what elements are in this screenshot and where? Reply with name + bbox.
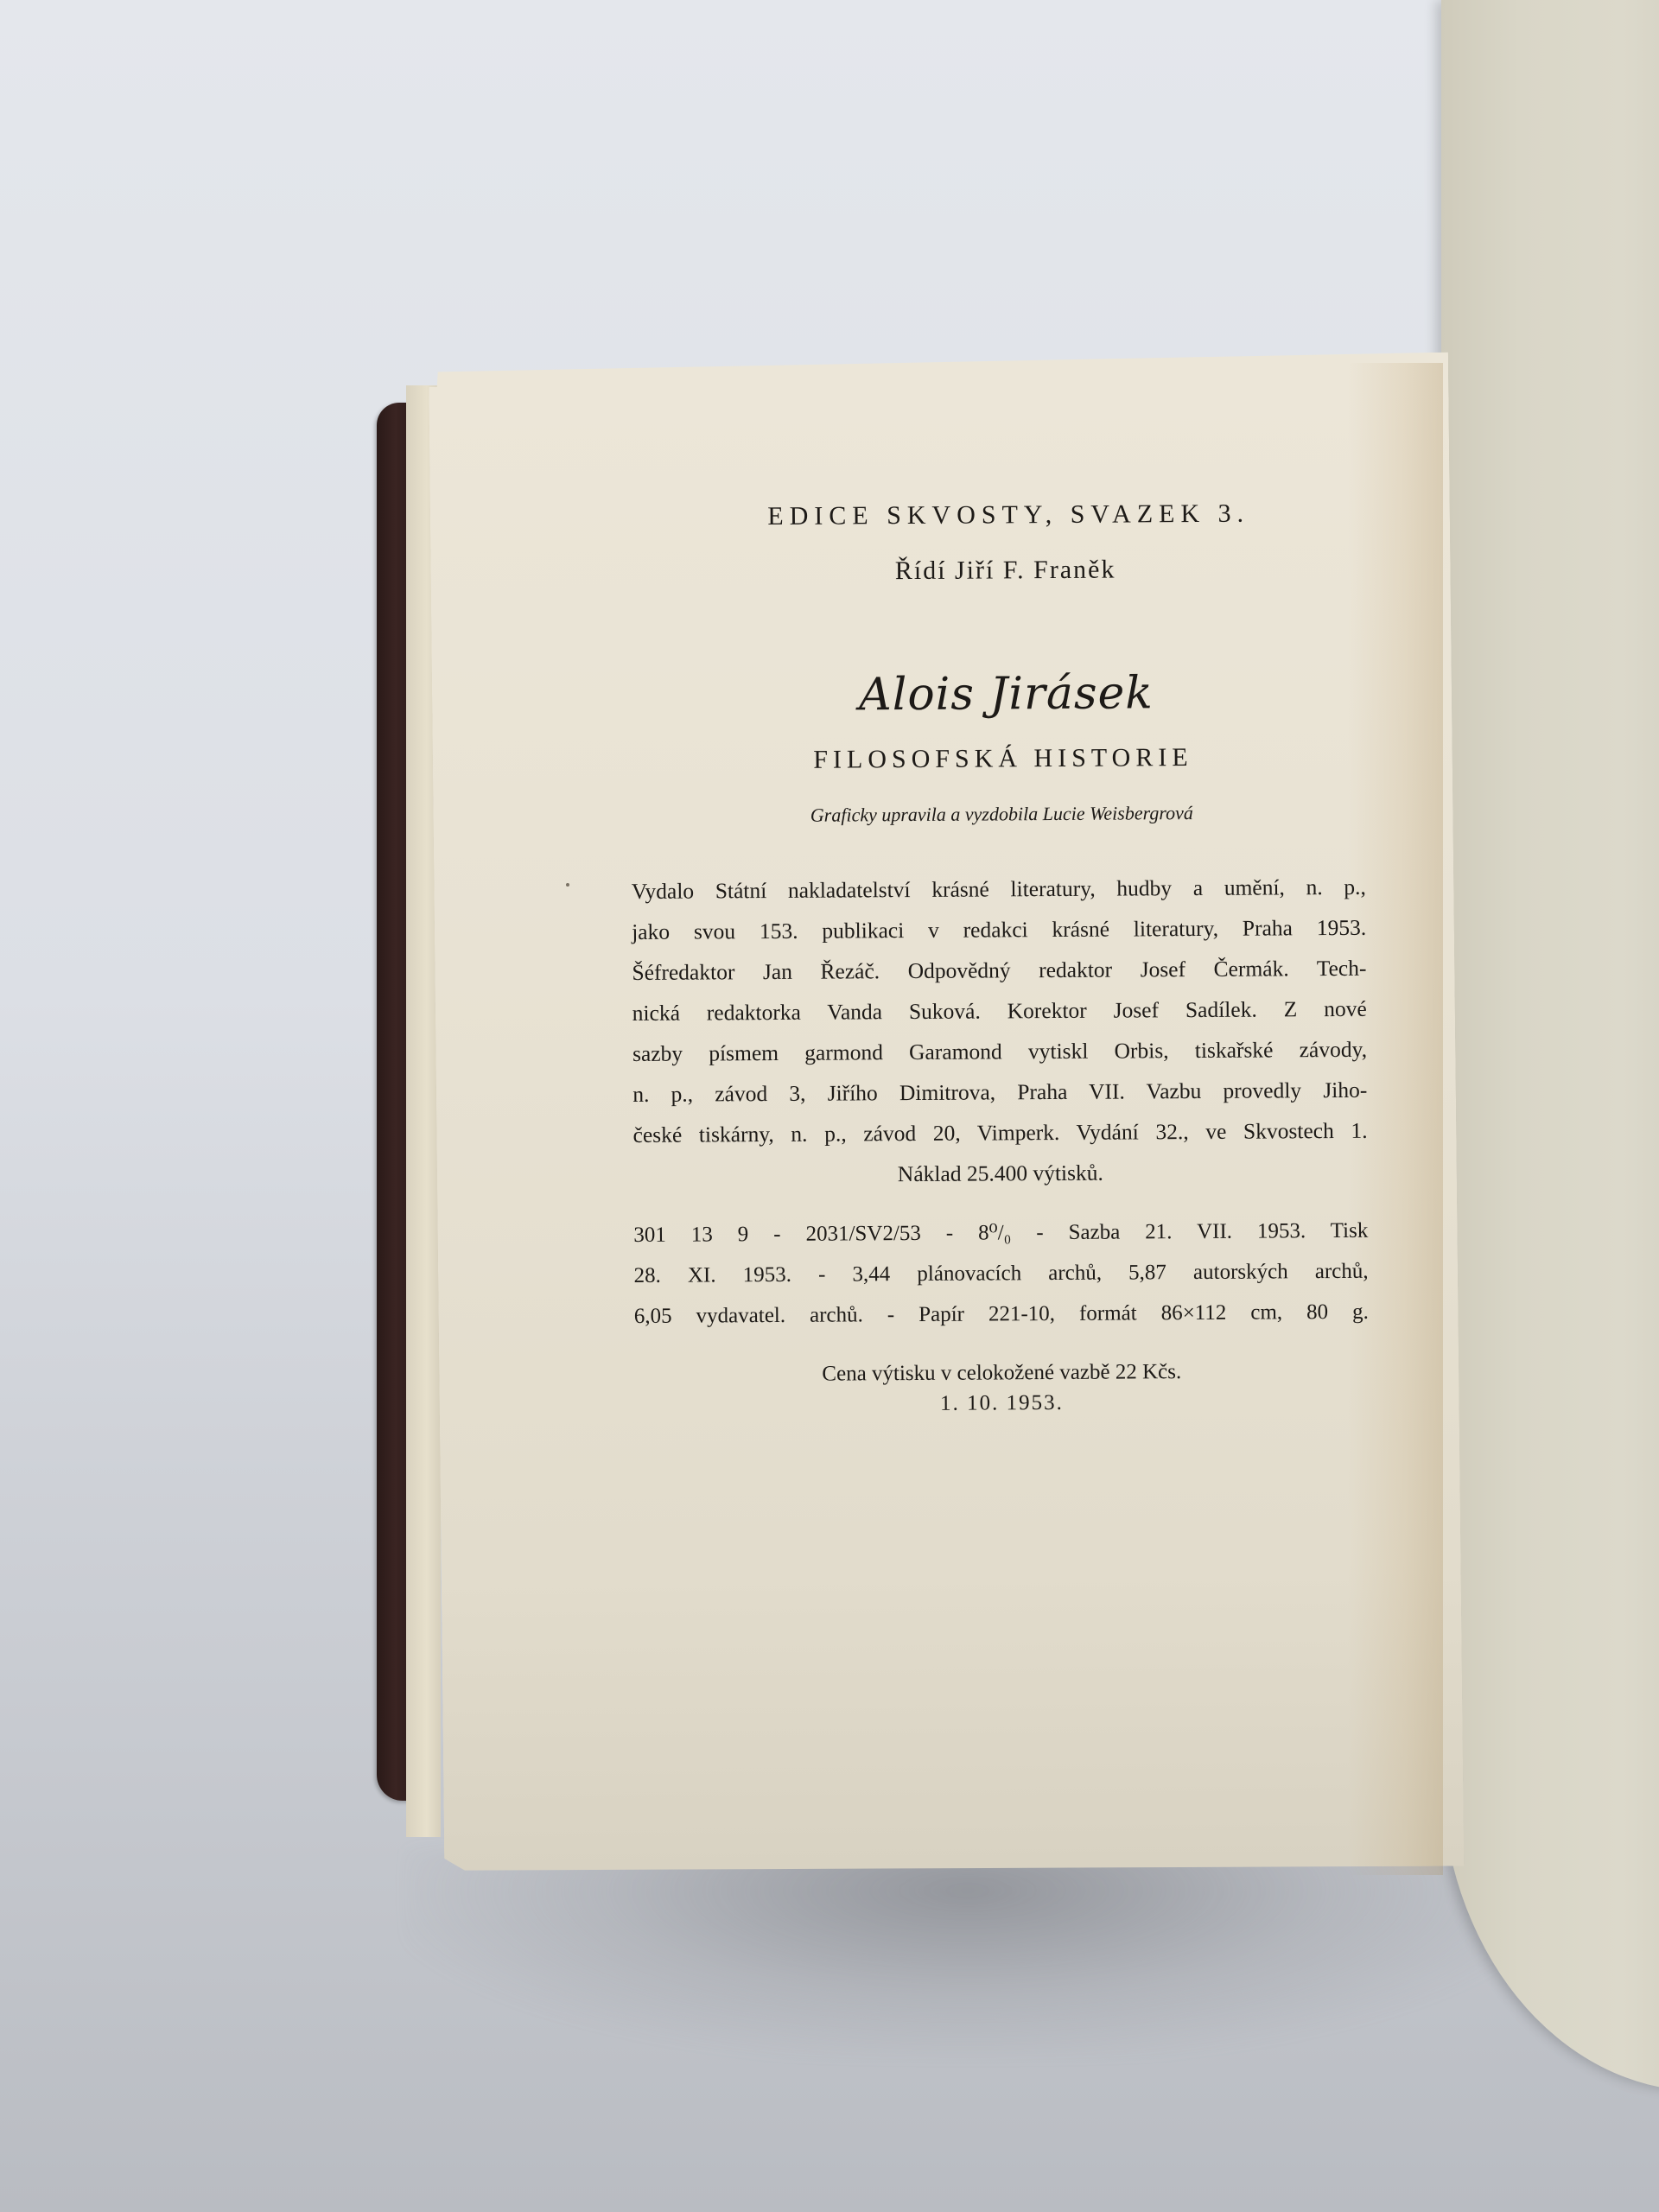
colophon-line: jako svou 153. publikaci v redakci krásn… bbox=[632, 907, 1366, 952]
colophon-text-block: EDICE SKVOSTY, SVAZEK 3. Řídí Jiří F. Fr… bbox=[629, 480, 1370, 1418]
tech-line: 301 13 9 - 2031/SV2/53 - 8⁰/₀ - Sazba 21… bbox=[633, 1211, 1368, 1255]
colophon-line: nická redaktorka Vanda Suková. Korektor … bbox=[632, 988, 1367, 1033]
publisher-colophon: Vydalo Státní nakladatelství krásné lite… bbox=[632, 867, 1368, 1196]
tech-line: 6,05 vydavatel. archů. - Papír 221-10, f… bbox=[634, 1292, 1369, 1337]
design-credit: Graficky upravila a vyzdobila Lucie Weis… bbox=[638, 801, 1365, 828]
price-line: Cena výtisku v celokožené vazbě 22 Kčs. bbox=[634, 1353, 1369, 1394]
series-title: EDICE SKVOSTY, SVAZEK 3. bbox=[653, 499, 1363, 532]
author-signature: Alois Jirásek bbox=[647, 666, 1364, 722]
book-title: FILOSOFSKÁ HISTORIE bbox=[641, 742, 1365, 776]
series-editor: Řídí Jiří F. Franěk bbox=[647, 554, 1364, 588]
paper-speck bbox=[566, 883, 569, 887]
facing-page bbox=[1441, 0, 1659, 2091]
technical-print-data: 301 13 9 - 2031/SV2/53 - 8⁰/₀ - Sazba 21… bbox=[633, 1211, 1369, 1337]
print-run-line: Náklad 25.400 výtisků. bbox=[633, 1151, 1368, 1196]
date-line: 1. 10. 1953. bbox=[634, 1389, 1369, 1418]
table-shadow bbox=[406, 1849, 1529, 2056]
colophon-line: sazby písmem garmond Garamond vytiskl Or… bbox=[632, 1029, 1367, 1074]
colophon-line: Šéfredaktor Jan Řezáč. Odpovědný redakto… bbox=[632, 948, 1366, 993]
colophon-line: české tiskárny, n. p., závod 20, Vimperk… bbox=[632, 1110, 1367, 1155]
colophon-line: n. p., závod 3, Jiřího Dimitrova, Praha … bbox=[632, 1070, 1367, 1115]
tech-line: 28. XI. 1953. - 3,44 plánovacích archů, … bbox=[633, 1251, 1368, 1296]
colophon-line: Vydalo Státní nakladatelství krásné lite… bbox=[632, 867, 1366, 912]
